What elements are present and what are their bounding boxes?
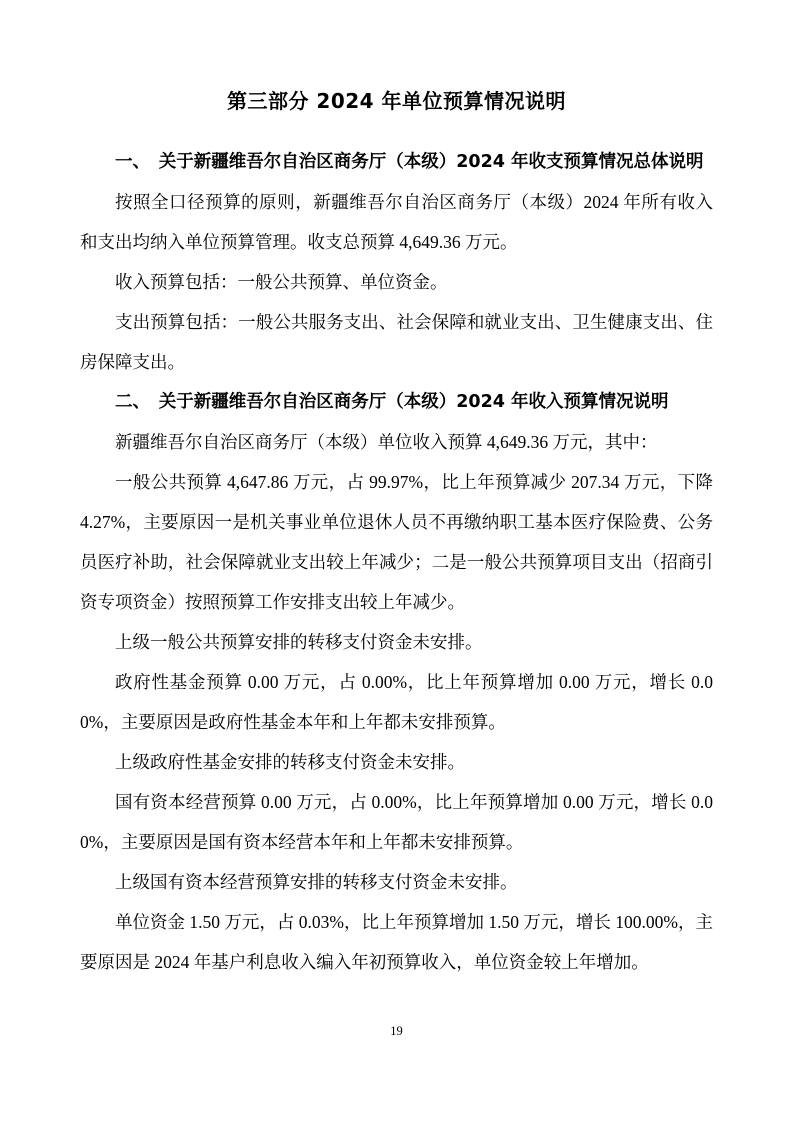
body-paragraph: 支出预算包括：一般公共服务支出、社会保障和就业支出、卫生健康支出、住房保障支出。	[80, 302, 713, 382]
body-paragraph: 国有资本经营预算 0.00 万元，占 0.00%，比上年预算增加 0.00 万元…	[80, 782, 713, 862]
body-paragraph: 一般公共预算 4,647.86 万元，占 99.97%，比上年预算减少 207.…	[80, 462, 713, 622]
section-heading: 二、 关于新疆维吾尔自治区商务厅（本级）2024 年收入预算情况说明	[80, 382, 713, 422]
page-number: 19	[0, 1022, 793, 1040]
document-title: 第三部分 2024 年单位预算情况说明	[80, 86, 713, 116]
body-paragraph: 收入预算包括：一般公共预算、单位资金。	[80, 262, 713, 302]
body-paragraph: 单位资金 1.50 万元，占 0.03%，比上年预算增加 1.50 万元，增长 …	[80, 902, 713, 982]
body-paragraph: 新疆维吾尔自治区商务厅（本级）单位收入预算 4,649.36 万元，其中：	[80, 422, 713, 462]
body-paragraph: 上级一般公共预算安排的转移支付资金未安排。	[80, 622, 713, 662]
document-body: 一、 关于新疆维吾尔自治区商务厅（本级）2024 年收支预算情况总体说明按照全口…	[80, 142, 713, 982]
body-paragraph: 政府性基金预算 0.00 万元，占 0.00%，比上年预算增加 0.00 万元，…	[80, 662, 713, 742]
document-page: 第三部分 2024 年单位预算情况说明 一、 关于新疆维吾尔自治区商务厅（本级）…	[80, 86, 713, 982]
section-heading: 一、 关于新疆维吾尔自治区商务厅（本级）2024 年收支预算情况总体说明	[80, 142, 713, 182]
body-paragraph: 按照全口径预算的原则，新疆维吾尔自治区商务厅（本级）2024 年所有收入和支出均…	[80, 182, 713, 262]
body-paragraph: 上级政府性基金安排的转移支付资金未安排。	[80, 742, 713, 782]
body-paragraph: 上级国有资本经营预算安排的转移支付资金未安排。	[80, 862, 713, 902]
